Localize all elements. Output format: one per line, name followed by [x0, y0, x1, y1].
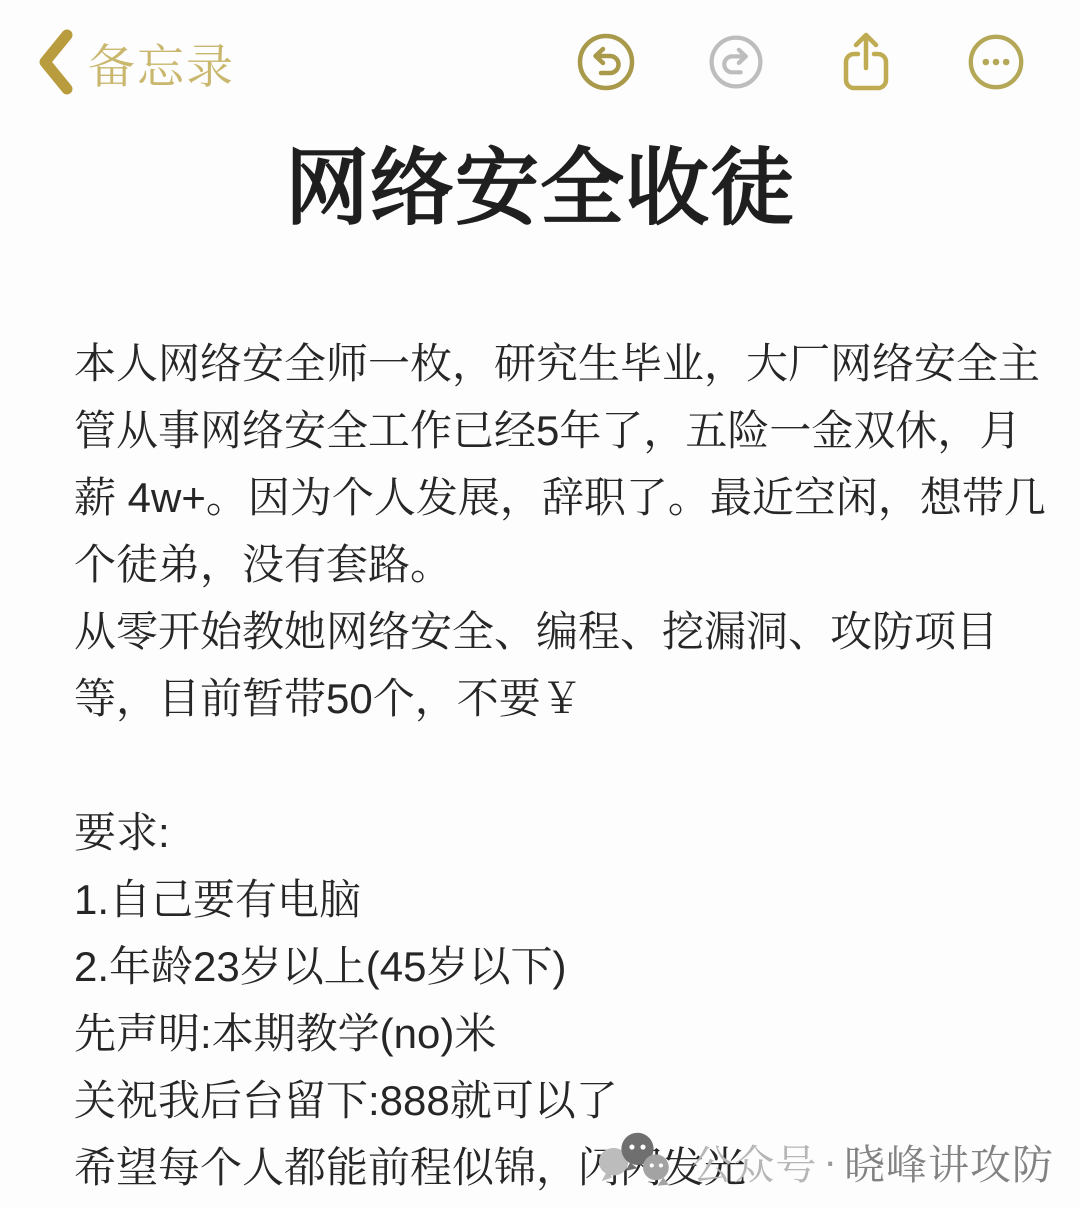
note-line: 个徒弟，没有套路。: [74, 531, 1010, 598]
note-line: 关祝我后台留下:888就可以了: [74, 1067, 1010, 1134]
back-label: 备忘录: [88, 30, 235, 97]
share-button[interactable]: [834, 31, 898, 95]
ellipsis-circle-icon: [965, 31, 1027, 96]
note-line: 从零开始教她网络安全、编程、挖漏洞、攻防项目: [74, 598, 1010, 665]
note-title: 网络安全收徒: [0, 138, 1080, 238]
note-line: 管从事网络安全工作已经5年了，五险一金双休，月: [74, 397, 1010, 464]
note-body: 本人网络安全师一枚，研究生毕业，大厂网络安全主 管从事网络安全工作已经5年了，五…: [0, 330, 1080, 1201]
toolbar-actions: [574, 31, 1028, 95]
more-button[interactable]: [964, 31, 1028, 95]
share-icon: [834, 28, 898, 99]
undo-button[interactable]: [574, 31, 638, 95]
redo-icon: [706, 32, 766, 95]
note-editor[interactable]: 网络安全收徒 本人网络安全师一枚，研究生毕业，大厂网络安全主 管从事网络安全工作…: [0, 138, 1080, 1201]
note-line: 本人网络安全师一枚，研究生毕业，大厂网络安全主: [74, 330, 1010, 397]
note-line: 1.自己要有电脑: [74, 866, 1010, 933]
note-line: 先声明:本期教学(no)米: [74, 1000, 1010, 1067]
note-line: 2.年龄23岁以上(45岁以下): [74, 933, 1010, 1000]
undo-icon: [574, 30, 638, 97]
note-line: 要求:: [74, 799, 1010, 866]
note-line: 等，目前暂带50个，不要￥: [74, 665, 1010, 732]
app-toolbar: 备忘录: [0, 0, 1080, 112]
note-line: 希望每个人都能前程似锦，闪闪发光: [74, 1134, 1010, 1201]
note-blank-line: [74, 732, 1010, 799]
chevron-left-icon: [34, 27, 78, 100]
back-button[interactable]: 备忘录: [34, 27, 235, 100]
note-line: 薪 4w+。因为个人发展，辞职了。最近空闲，想带几: [74, 464, 1010, 531]
redo-button[interactable]: [704, 31, 768, 95]
